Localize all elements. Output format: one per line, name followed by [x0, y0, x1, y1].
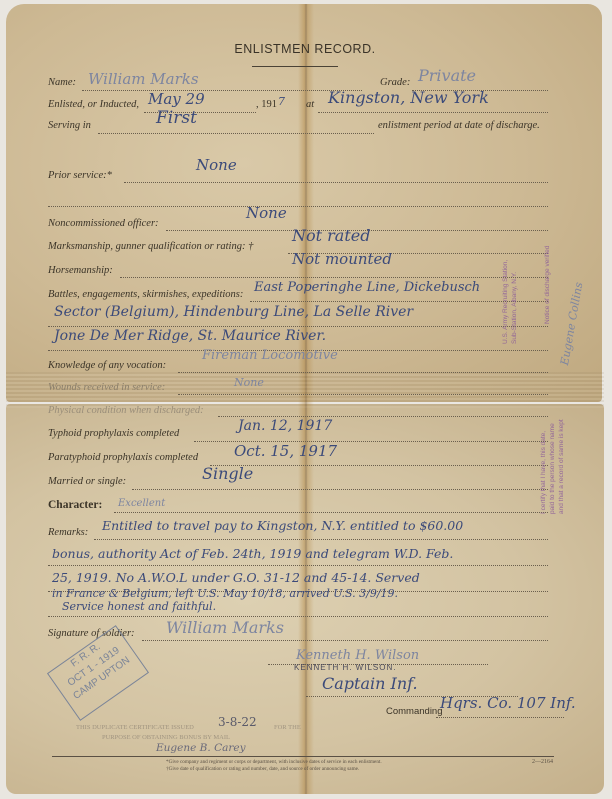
recruiting-station-stamp-upper: U.S. Army Recruiting Station,: [502, 260, 509, 344]
character-label: Character:: [48, 499, 102, 511]
remarks-label: Remarks:: [48, 527, 88, 538]
certification-stamp-line-1: I certify that I have, this date,: [540, 431, 547, 514]
certification-stamp-line-2: paid to the person whose name: [549, 423, 556, 514]
prior-service-value: None: [196, 156, 237, 174]
commanding-unit: Hqrs. Co. 107 Inf.: [440, 694, 576, 712]
wounds-value: None: [234, 376, 264, 389]
married-value: Single: [202, 464, 253, 483]
remarks-line-2: [48, 565, 548, 566]
horsemanship-line: [120, 277, 548, 278]
wounds-line: [178, 394, 548, 395]
page-title: ENLISTMEN RECORD.: [6, 42, 604, 56]
marksmanship-label: Marksmanship, gunner qualification or ra…: [48, 241, 253, 252]
paratyphoid-value: Oct. 15, 1917: [234, 442, 337, 460]
form-number: 2—2164: [532, 759, 553, 765]
horsemanship-label: Horsemanship:: [48, 265, 113, 276]
officer-printed-name: KENNETH H. WILSON.: [294, 663, 396, 672]
enlisted-year-prefix: , 191: [256, 99, 277, 110]
prior-service-line-2: [48, 206, 548, 207]
marksmanship-value: Not rated: [292, 226, 370, 245]
remarks-value-line-4: in France & Belgium, left U.S. May 10/18…: [52, 587, 398, 600]
remarks-value-line-1: Entitled to travel pay to Kingston, N.Y.…: [102, 518, 463, 533]
officer-rank: Captain Inf.: [322, 674, 418, 693]
stamp-lower-line-1: I certify that I have, this date,: [540, 431, 547, 514]
footer-rule: [52, 756, 554, 757]
duplicate-stamp-suffix: FOR THE: [274, 724, 301, 731]
vocation-value: Fireman Locomotive: [202, 348, 338, 363]
name-label: Name:: [48, 77, 76, 88]
typhoid-value: Jan. 12, 1917: [238, 418, 332, 434]
enlisted-place-line: [318, 112, 548, 113]
nco-label: Noncommissioned officer:: [48, 218, 159, 229]
vocation-line: [178, 372, 548, 373]
paratyphoid-label: Paratyphoid prophylaxis completed: [48, 452, 198, 463]
wounds-label: Wounds received in service:: [48, 382, 165, 393]
nco-value: None: [246, 204, 287, 222]
battles-label: Battles, engagements, skirmishes, expedi…: [48, 289, 243, 300]
married-line: [132, 489, 548, 490]
remarks-value-line-5: Service honest and faithful.: [62, 600, 216, 613]
remarks-line-4: [48, 616, 548, 617]
enlisted-label: Enlisted, or Inducted,: [48, 99, 139, 110]
enlisted-place-value: Kingston, New York: [328, 88, 489, 107]
battles-value-line-2: Sector (Belgium), Hindenburg Line, La Se…: [54, 304, 413, 320]
duplicate-stamp-line-2: PURPOSE OF OBTAINING BONUS BY MAIL: [102, 734, 230, 741]
typhoid-label: Typhoid prophylaxis completed: [48, 428, 179, 439]
grade-label: Grade:: [380, 77, 410, 88]
commanding-line: [436, 717, 564, 718]
remarks-value-line-2: bonus, authority Act of Feb. 24th, 1919 …: [52, 546, 453, 561]
title-underline: [252, 66, 338, 67]
paratyphoid-line: [210, 465, 548, 466]
enlistment-record-document: ENLISTMEN RECORD. Name: William Marks Gr…: [6, 4, 604, 794]
footnote-1: *Give company and regiment or corps or d…: [166, 759, 382, 765]
serving-value: First: [156, 108, 197, 128]
physical-condition-label: Physical condition when discharged:: [48, 405, 204, 416]
recruiting-station-stamp-upper-2: Sub-Station, Albany, N.Y.: [511, 272, 518, 344]
name-value: William Marks: [88, 70, 199, 88]
character-value: Excellent: [118, 498, 165, 509]
stamp-lower-line-2: paid to the person whose name: [549, 423, 556, 514]
enlisted-at-label: at: [306, 99, 314, 110]
duplicate-stamp-signature: Eugene B. Carey: [156, 742, 246, 754]
vocation-label: Knowledge of any vocation:: [48, 360, 166, 371]
serving-line: [98, 133, 374, 134]
prior-service-line: [124, 182, 548, 183]
commanding-label: Commanding: [386, 706, 443, 717]
duplicate-stamp-date: 3-8-22: [218, 715, 257, 729]
stamp-upper-line-2: Sub-Station, Albany, N.Y.: [511, 272, 518, 344]
physical-condition-line: [218, 416, 548, 417]
battles-value-line-3: Jone De Mer Ridge, St. Maurice River.: [54, 328, 326, 344]
soldier-signature-line: [142, 640, 548, 641]
married-label: Married or single:: [48, 476, 126, 487]
grade-value: Private: [418, 66, 476, 85]
officer-signature: Kenneth H. Wilson: [296, 648, 419, 663]
footnote-2: †Give date of qualification or rating an…: [166, 766, 359, 772]
battles-line-2: [48, 326, 548, 327]
enlisted-date-value: May 29: [148, 90, 205, 108]
recruiting-station-stamp-upper-3: Notice of discharge verified: [544, 246, 551, 324]
stamp-lower-line-3: and that a record of same is kept: [558, 419, 565, 514]
remarks-value-line-3: 25, 1919. No A.W.O.L under G.O. 31-12 an…: [52, 570, 420, 585]
enlisted-year-value: 7: [278, 95, 285, 108]
prior-service-label: Prior service:*: [48, 170, 112, 181]
stamp-upper-line-1: U.S. Army Recruiting Station,: [502, 260, 509, 344]
serving-suffix: enlistment period at date of discharge.: [378, 120, 540, 131]
remarks-line-1: [94, 539, 548, 540]
serving-label: Serving in: [48, 120, 91, 131]
battles-value-line-1: East Poperinghe Line, Dickebusch: [254, 280, 480, 295]
duplicate-stamp-line-1: THIS DUPLICATE CERTIFICATE ISSUED: [76, 724, 194, 731]
certification-stamp-line-3: and that a record of same is kept: [558, 419, 565, 514]
name-line: [82, 90, 362, 91]
character-line: [114, 512, 548, 513]
horsemanship-value: Not mounted: [292, 250, 392, 268]
soldier-signature-value: William Marks: [166, 618, 284, 637]
stamp-upper-line-4: Notice of discharge verified: [544, 246, 551, 324]
